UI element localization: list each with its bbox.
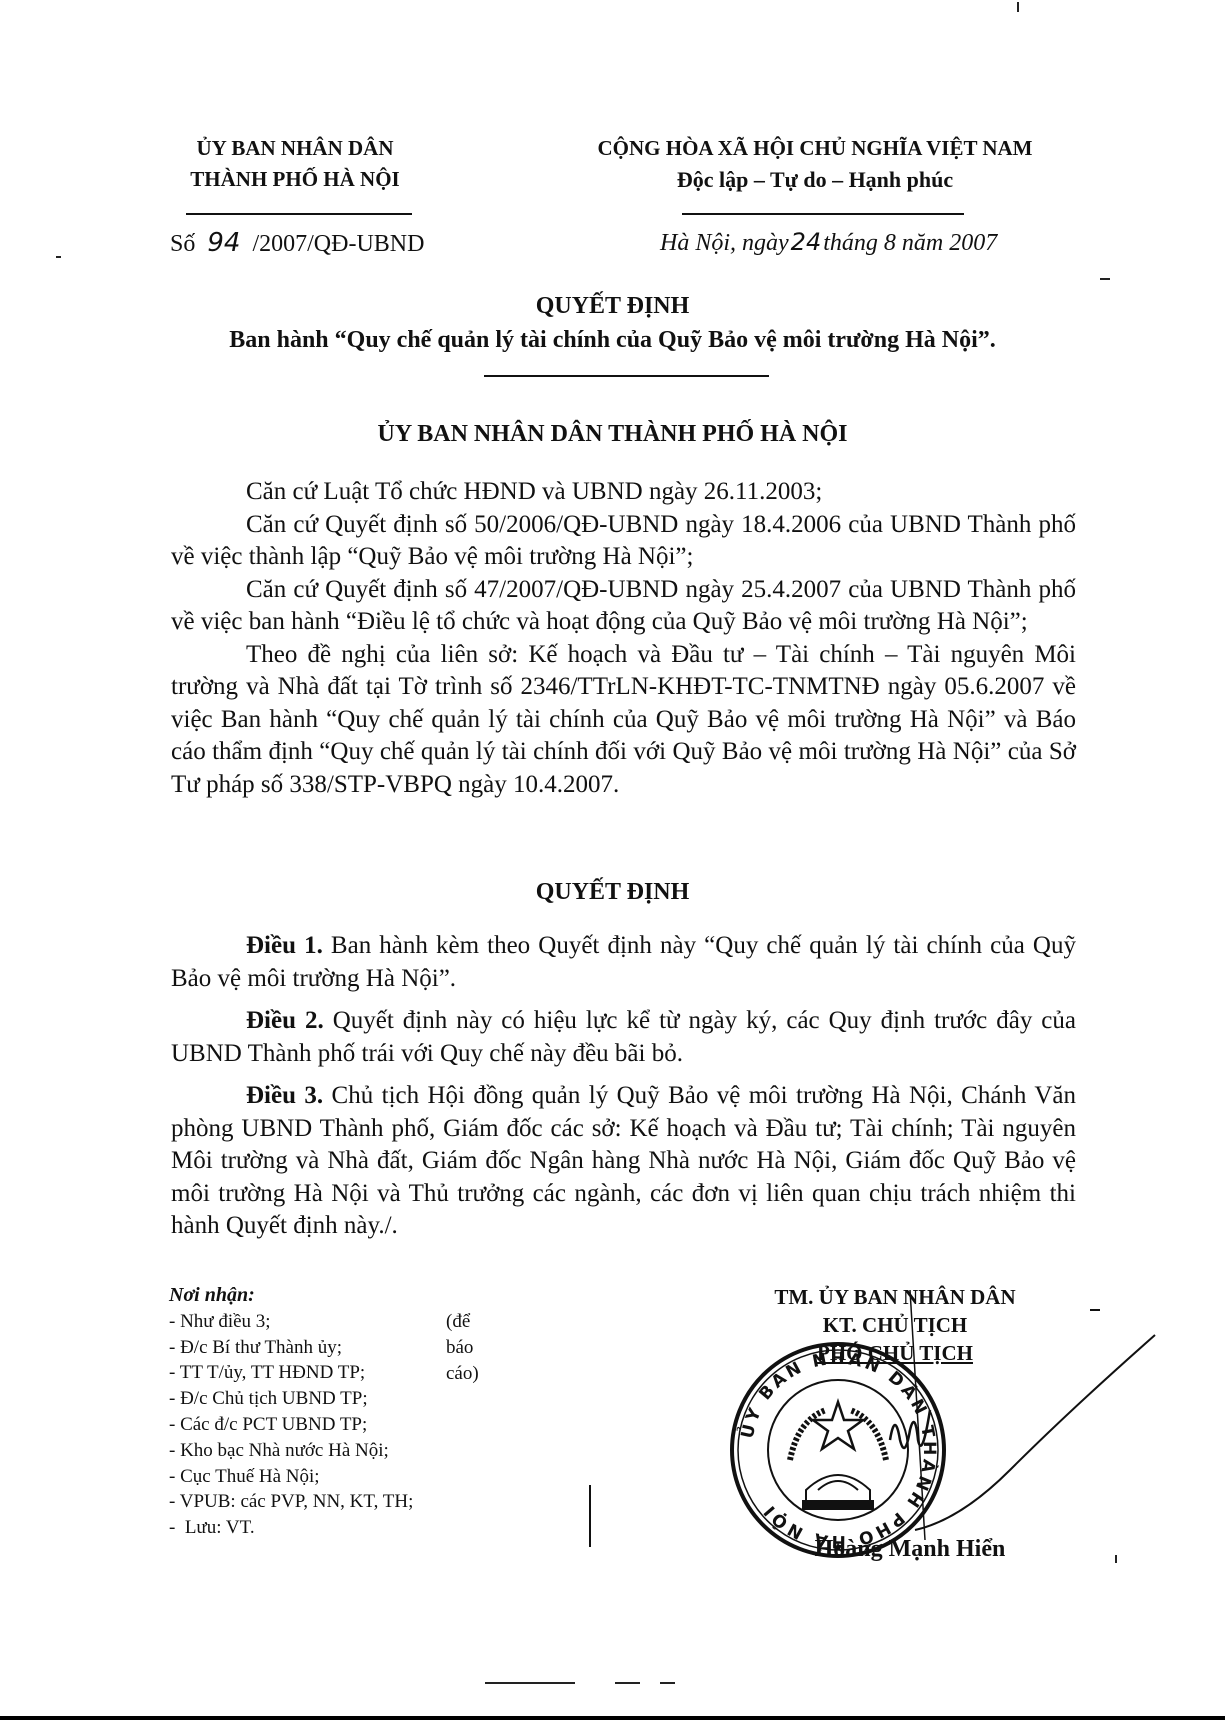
decision-heading: QUYẾT ĐỊNH xyxy=(0,879,1225,906)
recipient-item: - Các đ/c PCT UBND TP; xyxy=(169,1412,413,1438)
scan-speck xyxy=(660,1682,675,1684)
date-suffix: tháng 8 năm 2007 xyxy=(823,230,997,256)
document-subject: Ban hành “Quy chế quản lý tài chính của … xyxy=(0,327,1225,354)
recipient-item: - TT T/ủy, TT HĐND TP; xyxy=(169,1360,413,1386)
recipients-label: Nơi nhận: xyxy=(169,1283,413,1309)
scan-artifact-line xyxy=(589,1485,591,1547)
issuer-line-2: THÀNH PHỐ HÀ NỘI xyxy=(160,164,430,195)
handwritten-signature-icon xyxy=(870,1290,1160,1550)
scan-speck xyxy=(615,1682,640,1684)
article-1: Điều 1. Ban hành kèm theo Quyết định này… xyxy=(171,930,1076,995)
recipient-item: - Kho bạc Nhà nước Hà Nội; xyxy=(169,1438,413,1464)
preamble-item: Căn cứ Quyết định số 50/2006/QĐ-UBND ngà… xyxy=(171,509,1076,574)
doc-number-prefix: Số xyxy=(170,231,195,257)
scan-speck xyxy=(1100,278,1110,280)
document-number: Số 94 /2007/QĐ-UBND xyxy=(170,228,424,258)
motto-underline xyxy=(682,213,964,215)
issuer-block: ỦY BAN NHÂN DÂN THÀNH PHỐ HÀ NỘI xyxy=(160,133,430,195)
article-3: Điều 3. Chủ tịch Hội đồng quản lý Quỹ Bả… xyxy=(171,1080,1076,1243)
nation-motto: Độc lập – Tự do – Hạnh phúc xyxy=(545,164,1085,195)
recipient-item: - VPUB: các PVP, NN, KT, TH; xyxy=(169,1489,413,1515)
scan-speck xyxy=(1017,2,1019,12)
scan-bottom-edge xyxy=(0,1716,1225,1720)
issuer-underline xyxy=(186,213,412,215)
recipient-item: - Lưu: VT. xyxy=(169,1515,413,1541)
recipient-item: - Đ/c Bí thư Thành ủy; xyxy=(169,1335,413,1361)
note-line: cáo) xyxy=(446,1361,479,1387)
date-day-handwritten: 24 xyxy=(789,228,824,256)
doc-number-suffix: /2007/QĐ-UBND xyxy=(252,231,424,257)
nation-name: CỘNG HÒA XÃ HỘI CHỦ NGHĨA VIỆT NAM xyxy=(545,133,1085,164)
scan-speck xyxy=(485,1682,575,1684)
article-label: Điều 2. xyxy=(246,1007,324,1034)
preamble-item: Theo đề nghị của liên sở: Kế hoạch và Đầ… xyxy=(171,639,1076,802)
articles: Điều 1. Ban hành kèm theo Quyết định này… xyxy=(171,930,1076,1253)
scan-speck xyxy=(1115,1555,1117,1563)
preamble-item: Căn cứ Quyết định số 47/2007/QĐ-UBND ngà… xyxy=(171,574,1076,639)
recipients-block: Nơi nhận: - Như điều 3; - Đ/c Bí thư Thà… xyxy=(169,1283,413,1541)
recipient-item: - Cục Thuế Hà Nội; xyxy=(169,1464,413,1490)
recipients-note: (để báo cáo) xyxy=(446,1309,479,1386)
recipient-item: - Đ/c Chủ tịch UBND TP; xyxy=(169,1386,413,1412)
signer-name: Hoàng Mạnh Hiển xyxy=(760,1536,1060,1563)
issuer-line-1: ỦY BAN NHÂN DÂN xyxy=(160,133,430,164)
note-line: (để xyxy=(446,1309,479,1335)
subject-underline xyxy=(484,375,769,377)
scan-speck xyxy=(56,256,61,258)
document-type-heading: QUYẾT ĐỊNH xyxy=(0,293,1225,320)
national-motto-block: CỘNG HÒA XÃ HỘI CHỦ NGHĨA VIỆT NAM Độc l… xyxy=(545,133,1085,195)
recipient-item: - Như điều 3; xyxy=(169,1309,413,1335)
preamble: Căn cứ Luật Tổ chức HĐND và UBND ngày 26… xyxy=(171,476,1076,801)
date-prefix: Hà Nội, ngày xyxy=(660,230,789,256)
article-label: Điều 1. xyxy=(246,932,323,959)
article-2: Điều 2. Quyết định này có hiệu lực kể từ… xyxy=(171,1005,1076,1070)
article-label: Điều 3. xyxy=(246,1082,323,1109)
doc-number-handwritten: 94 xyxy=(201,228,246,258)
preamble-item: Căn cứ Luật Tổ chức HĐND và UBND ngày 26… xyxy=(171,476,1076,509)
issue-date: Hà Nội, ngày24tháng 8 năm 2007 xyxy=(660,228,997,257)
issuing-authority-heading: ỦY BAN NHÂN DÂN THÀNH PHỐ HÀ NỘI xyxy=(0,421,1225,448)
note-line: báo xyxy=(446,1335,479,1361)
